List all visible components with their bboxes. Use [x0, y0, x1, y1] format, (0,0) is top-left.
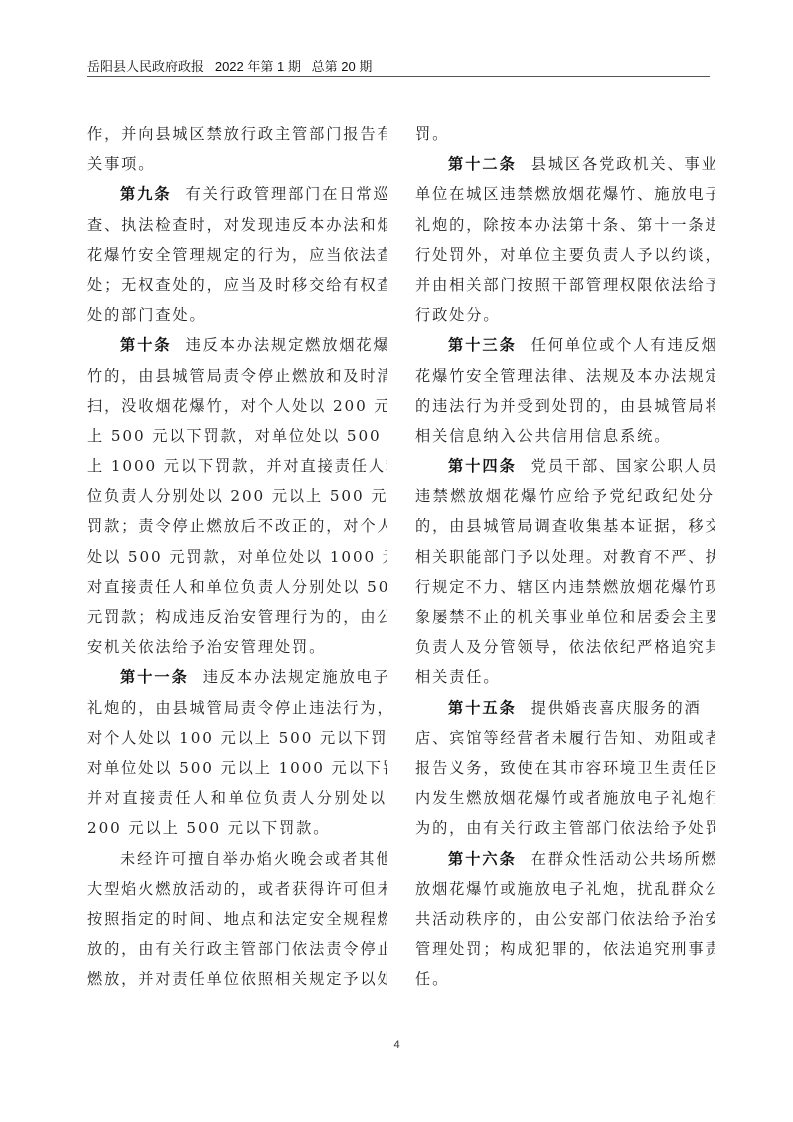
- text-line: 的违法行为并受到处罚的，由县城管局将: [415, 391, 715, 421]
- line-text: 为的，由有关行政主管部门依法给予处罚。: [415, 819, 715, 837]
- article-number: 第九条: [120, 185, 172, 203]
- article-number: 第十六条: [448, 850, 517, 868]
- line-text: 扫，没收烟花爆竹，对个人处以 200 元以: [87, 397, 387, 415]
- line-text: 违反本办法规定施放电子: [203, 668, 387, 686]
- text-line: 对直接责任人和单位负责人分别处以 500: [87, 572, 387, 602]
- right-column: 罚。第十二条县城区各党政机关、事业单位在城区违禁燃放烟花爆竹、施放电子礼炮的，除…: [415, 119, 715, 994]
- text-line: 安机关依法给予治安管理处罚。: [87, 632, 387, 662]
- line-text: 放的，由有关行政主管部门依法责令停止: [87, 940, 387, 958]
- text-line: 罚。: [415, 119, 715, 149]
- text-line: 处以 500 元罚款，对单位处以 1000 元罚款，: [87, 542, 387, 572]
- text-line: 相关职能部门予以处理。对教育不严、执: [415, 542, 715, 572]
- text-line: 任。: [415, 964, 715, 994]
- line-text: 象屡禁不止的机关事业单位和居委会主要: [415, 608, 715, 626]
- line-text: 行规定不力、辖区内违禁燃放烟花爆竹现: [415, 578, 715, 596]
- text-line: 上 1000 元以下罚款，并对直接责任人和单: [87, 451, 387, 481]
- line-text: 花爆竹安全管理规定的行为，应当依法查: [87, 246, 387, 264]
- line-text: 对直接责任人和单位负责人分别处以 500: [87, 578, 387, 596]
- text-line: 竹的，由县城管局责令停止燃放和及时清: [87, 361, 387, 391]
- line-text: 罚款；责令停止燃放后不改正的，对个人: [87, 517, 387, 535]
- article-first-line: 第十四条党员干部、国家公职人员: [415, 451, 715, 481]
- text-line: 元罚款；构成违反治安管理行为的，由公: [87, 602, 387, 632]
- line-text: 安机关依法给予治安管理处罚。: [87, 638, 326, 656]
- text-line: 礼炮的，由县城管局责令停止违法行为，: [87, 693, 387, 723]
- text-line: 礼炮的，除按本办法第十条、第十一条进: [415, 210, 715, 240]
- line-text: 并由相关部门按照干部管理权限依法给予: [415, 276, 715, 294]
- line-text: 并对直接责任人和单位负责人分别处以: [87, 789, 387, 807]
- article-first-line: 第十六条在群众性活动公共场所燃: [415, 844, 715, 874]
- text-line: 上 500 元以下罚款，对单位处以 500 元以: [87, 421, 387, 451]
- line-text: 按照指定的时间、地点和法定安全规程燃: [87, 910, 387, 928]
- left-column: 作，并向县城区禁放行政主管部门报告有关事项。第九条有关行政管理部门在日常巡查、执…: [87, 119, 387, 994]
- line-text: 位负责人分别处以 200 元以上 500 元以下: [87, 487, 387, 505]
- article-first-line: 第十条违反本办法规定燃放烟花爆: [87, 330, 387, 360]
- article-first-line: 第十三条任何单位或个人有违反烟: [415, 330, 715, 360]
- line-text: 对单位处以 500 元以上 1000 元以下罚款，: [87, 759, 387, 777]
- line-text: 元罚款；构成违反治安管理行为的，由公: [87, 608, 387, 626]
- line-text: 200 元以上 500 元以下罚款。: [87, 819, 330, 837]
- article-first-line: 第十一条违反本办法规定施放电子: [87, 662, 387, 692]
- article-number: 第十二条: [448, 155, 517, 173]
- text-line: 花爆竹安全管理规定的行为，应当依法查: [87, 240, 387, 270]
- line-text: 行处罚外，对单位主要负责人予以约谈，: [415, 246, 715, 264]
- line-text: 任何单位或个人有违反烟: [531, 336, 715, 354]
- text-line: 相关信息纳入公共信用信息系统。: [415, 421, 715, 451]
- line-text: 上 500 元以下罚款，对单位处以 500 元以: [87, 427, 387, 445]
- line-text: 管理处罚；构成犯罪的，依法追究刑事责: [415, 940, 715, 958]
- text-line: 查、执法检查时，对发现违反本办法和烟: [87, 210, 387, 240]
- text-line: 行处罚外，对单位主要负责人予以约谈，: [415, 240, 715, 270]
- line-text: 礼炮的，由县城管局责令停止违法行为，: [87, 699, 387, 717]
- text-line: 报告义务，致使在其市容环境卫生责任区: [415, 753, 715, 783]
- text-line: 共活动秩序的，由公安部门依法给予治安: [415, 904, 715, 934]
- article-number: 第十条: [120, 336, 172, 354]
- page-number: 4: [0, 1039, 793, 1051]
- line-text: 未经许可擅自举办焰火晚会或者其他: [120, 850, 387, 868]
- text-line: 燃放，并对责任单位依照相关规定予以处: [87, 964, 387, 994]
- text-line: 负责人及分管领导，依法依纪严格追究其: [415, 632, 715, 662]
- line-text: 相关责任。: [415, 668, 500, 686]
- line-text: 上 1000 元以下罚款，并对直接责任人和单: [87, 457, 387, 475]
- line-text: 的，由县城管局调查收集基本证据，移交: [415, 517, 715, 535]
- text-line: 未经许可擅自举办焰火晚会或者其他: [87, 844, 387, 874]
- line-text: 竹的，由县城管局责令停止燃放和及时清: [87, 367, 387, 385]
- line-text: 查、执法检查时，对发现违反本办法和烟: [87, 216, 387, 234]
- line-text: 花爆竹安全管理法律、法规及本办法规定: [415, 367, 715, 385]
- text-line: 并由相关部门按照干部管理权限依法给予: [415, 270, 715, 300]
- text-line: 行政处分。: [415, 300, 715, 330]
- line-text: 燃放，并对责任单位依照相关规定予以处: [87, 970, 387, 988]
- line-text: 放烟花爆竹或施放电子礼炮，扰乱群众公: [415, 880, 715, 898]
- text-line: 相关责任。: [415, 662, 715, 692]
- text-line: 扫，没收烟花爆竹，对个人处以 200 元以: [87, 391, 387, 421]
- text-line: 的，由县城管局调查收集基本证据，移交: [415, 511, 715, 541]
- line-text: 有关行政管理部门在日常巡: [186, 185, 387, 203]
- text-line: 放烟花爆竹或施放电子礼炮，扰乱群众公: [415, 874, 715, 904]
- text-line: 位负责人分别处以 200 元以上 500 元以下: [87, 481, 387, 511]
- running-header: 岳阳县人民政府政报 2022 年第 1 期 总第 20 期: [87, 60, 710, 77]
- line-text: 店、宾馆等经营者未履行告知、劝阻或者: [415, 729, 715, 747]
- line-text: 党员干部、国家公职人员: [531, 457, 715, 475]
- text-line: 关事项。: [87, 149, 387, 179]
- text-line: 行规定不力、辖区内违禁燃放烟花爆竹现: [415, 572, 715, 602]
- text-line: 管理处罚；构成犯罪的，依法追究刑事责: [415, 934, 715, 964]
- line-text: 提供婚丧喜庆服务的酒: [531, 699, 702, 717]
- text-line: 店、宾馆等经营者未履行告知、劝阻或者: [415, 723, 715, 753]
- line-text: 共活动秩序的，由公安部门依法给予治安: [415, 910, 715, 928]
- line-text: 违反本办法规定燃放烟花爆: [186, 336, 387, 354]
- line-text: 相关职能部门予以处理。对教育不严、执: [415, 548, 715, 566]
- text-line: 按照指定的时间、地点和法定安全规程燃: [87, 904, 387, 934]
- text-line: 违禁燃放烟花爆竹应给予党纪政纪处分: [415, 481, 715, 511]
- line-text: 负责人及分管领导，依法依纪严格追究其: [415, 638, 715, 656]
- article-first-line: 第十五条提供婚丧喜庆服务的酒: [415, 693, 715, 723]
- line-text: 关事项。: [87, 155, 155, 173]
- line-text: 相关信息纳入公共信用信息系统。: [415, 427, 671, 445]
- text-line: 对单位处以 500 元以上 1000 元以下罚款，: [87, 753, 387, 783]
- line-text: 处；无权查处的，应当及时移交给有权查: [87, 276, 387, 294]
- text-line: 罚款；责令停止燃放后不改正的，对个人: [87, 511, 387, 541]
- line-text: 对个人处以 100 元以上 500 元以下罚款，: [87, 729, 387, 747]
- line-text: 大型焰火燃放活动的，或者获得许可但未: [87, 880, 387, 898]
- article-first-line: 第十二条县城区各党政机关、事业: [415, 149, 715, 179]
- text-line: 花爆竹安全管理法律、法规及本办法规定: [415, 361, 715, 391]
- article-number: 第十四条: [448, 457, 517, 475]
- line-text: 在群众性活动公共场所燃: [531, 850, 715, 868]
- text-line: 单位在城区违禁燃放烟花爆竹、施放电子: [415, 179, 715, 209]
- line-text: 报告义务，致使在其市容环境卫生责任区: [415, 759, 715, 777]
- line-text: 的违法行为并受到处罚的，由县城管局将: [415, 397, 715, 415]
- line-text: 行政处分。: [415, 306, 500, 324]
- article-number: 第十三条: [448, 336, 517, 354]
- line-text: 作，并向县城区禁放行政主管部门报告有: [87, 125, 387, 143]
- text-line: 大型焰火燃放活动的，或者获得许可但未: [87, 874, 387, 904]
- article-first-line: 第九条有关行政管理部门在日常巡: [87, 179, 387, 209]
- line-text: 违禁燃放烟花爆竹应给予党纪政纪处分: [415, 487, 715, 505]
- text-line: 为的，由有关行政主管部门依法给予处罚。: [415, 813, 715, 843]
- text-line: 200 元以上 500 元以下罚款。: [87, 813, 387, 843]
- text-line: 象屡禁不止的机关事业单位和居委会主要: [415, 602, 715, 632]
- text-line: 作，并向县城区禁放行政主管部门报告有: [87, 119, 387, 149]
- text-line: 放的，由有关行政主管部门依法责令停止: [87, 934, 387, 964]
- line-text: 处以 500 元罚款，对单位处以 1000 元罚款，: [87, 548, 387, 566]
- line-text: 礼炮的，除按本办法第十条、第十一条进: [415, 216, 715, 234]
- line-text: 单位在城区违禁燃放烟花爆竹、施放电子: [415, 185, 715, 203]
- line-text: 罚。: [415, 125, 449, 143]
- line-text: 县城区各党政机关、事业: [531, 155, 715, 173]
- text-line: 内发生燃放烟花爆竹或者施放电子礼炮行: [415, 783, 715, 813]
- line-text: 处的部门查处。: [87, 306, 207, 324]
- line-text: 内发生燃放烟花爆竹或者施放电子礼炮行: [415, 789, 715, 807]
- text-line: 处的部门查处。: [87, 300, 387, 330]
- article-number: 第十五条: [448, 699, 517, 717]
- text-line: 处；无权查处的，应当及时移交给有权查: [87, 270, 387, 300]
- article-number: 第十一条: [120, 668, 189, 686]
- text-line: 并对直接责任人和单位负责人分别处以: [87, 783, 387, 813]
- text-line: 对个人处以 100 元以上 500 元以下罚款，: [87, 723, 387, 753]
- line-text: 任。: [415, 970, 449, 988]
